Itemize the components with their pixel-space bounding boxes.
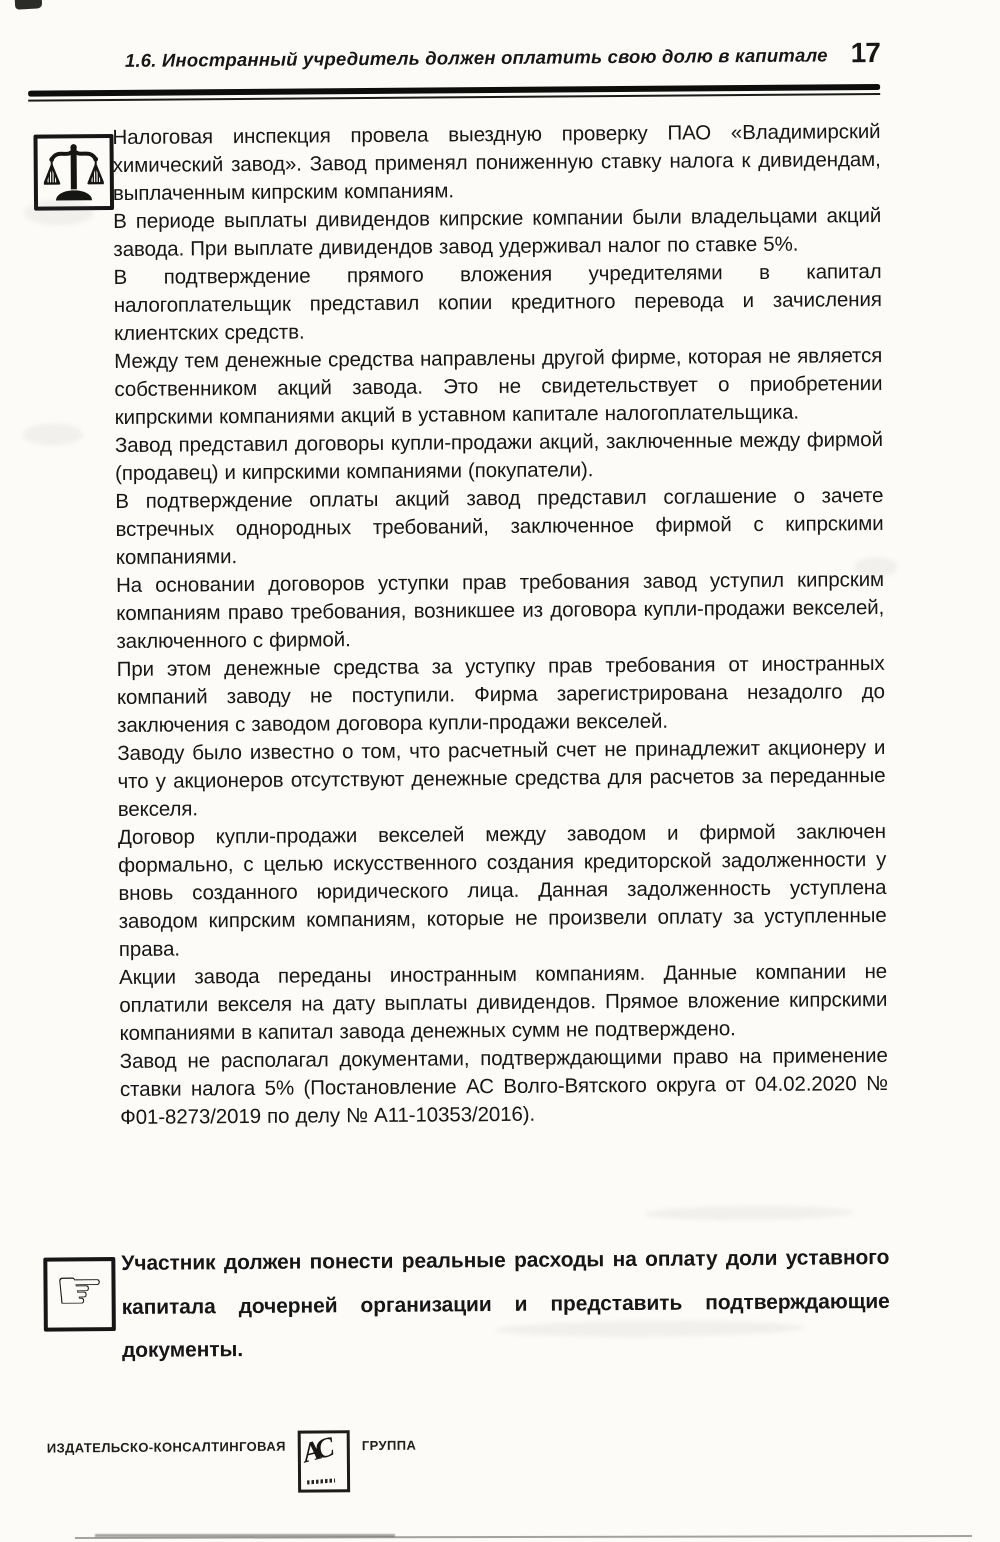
key-point-text: Участник должен понести реальные расходы… [121, 1236, 890, 1373]
running-head-title: 1.6. Иностранный учредитель должен оплат… [28, 43, 837, 73]
case-paragraph: Акции завода переданы иностранным компан… [119, 958, 888, 1048]
publisher-label-left: ИЗДАТЕЛЬСКО-КОНСАЛТИНГОВАЯ [47, 1439, 286, 1456]
scan-artifact [644, 1205, 854, 1221]
pointing-hand-icon: ☞ [43, 1257, 116, 1332]
scanned-page-content: 1.6. Иностранный учредитель должен оплат… [0, 0, 1000, 1542]
case-paragraph: На основании договоров уступки прав треб… [116, 566, 885, 656]
logo-scribble [307, 1478, 335, 1484]
pointing-hand-glyph: ☞ [54, 1263, 105, 1319]
case-paragraph: Договор купли-продажи векселей между зав… [118, 818, 887, 964]
scales-icon [33, 134, 114, 211]
scales-icon-drawing [44, 143, 104, 201]
scan-artifact [95, 1534, 395, 1537]
case-paragraph: Завод не располагал документами, подтвер… [120, 1042, 889, 1132]
scan-artifact [24, 199, 94, 226]
scan-artifact [854, 557, 898, 577]
case-paragraph: При этом денежные средства за уступку пр… [117, 650, 886, 740]
page-number: 17 [851, 39, 880, 67]
scan-artifact [23, 423, 83, 445]
logo-letters: АС [300, 1435, 333, 1469]
case-paragraph: Между тем денежные средства направлены д… [114, 342, 883, 432]
publisher-logo: АС [298, 1430, 350, 1492]
case-paragraph: В подтверждение прямого вложения учредит… [113, 258, 882, 348]
publisher-label-right: ГРУППА [362, 1438, 417, 1453]
case-paragraph: Завод представил договоры купли-продажи … [115, 426, 883, 488]
scan-artifact [15, 0, 43, 10]
publisher-footer: ИЗДАТЕЛЬСКО-КОНСАЛТИНГОВАЯ АС ГРУППА [47, 1430, 417, 1495]
case-paragraph: Налоговая инспекция провела выездную про… [112, 118, 881, 208]
page-sheet: 1.6. Иностранный учредитель должен оплат… [0, 0, 1000, 1542]
case-paragraph: Заводу было известно о том, что расчетны… [117, 734, 886, 824]
page-header: 1.6. Иностранный учредитель должен оплат… [28, 39, 880, 74]
case-paragraph: В подтверждение оплаты акций завод предс… [115, 482, 884, 572]
case-paragraph: В периоде выплаты дивидендов кипрские ко… [113, 202, 881, 264]
case-text: Налоговая инспекция провела выездную про… [112, 118, 888, 1132]
